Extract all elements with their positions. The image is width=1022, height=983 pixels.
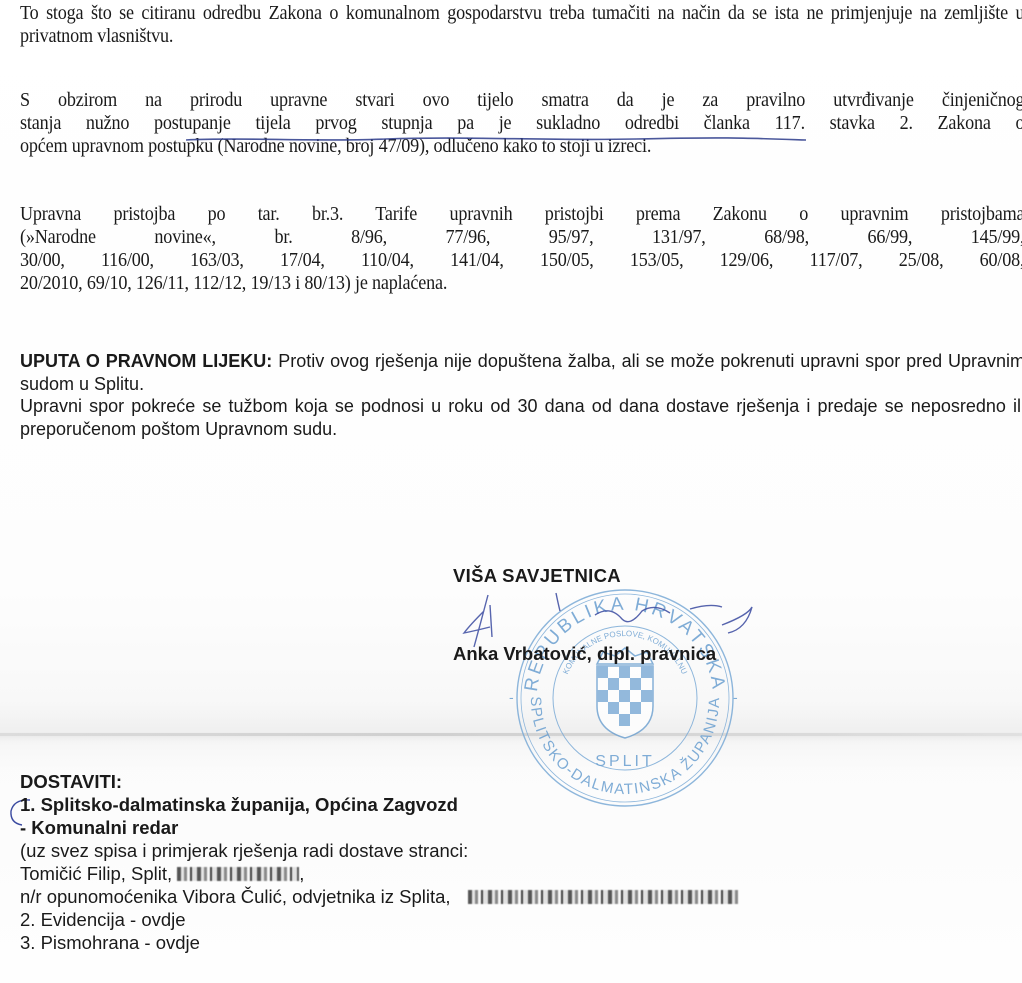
svg-text:-: - (733, 689, 738, 705)
fee-line-token: br. (274, 226, 292, 249)
fee-line-token: 145/99, (971, 226, 1022, 249)
fee-line-token: 77/96, (445, 226, 490, 249)
handwritten-signature-icon (460, 585, 760, 665)
fee-line-token: novine«, (154, 226, 215, 249)
svg-text:SPLIT: SPLIT (595, 753, 654, 770)
fee-line-token: 8/96, (351, 226, 387, 249)
delivery-item-1-line-5: n/r opunomoćenika Vibora Čulić, odvjetni… (20, 885, 738, 908)
delivery-list: DOSTAVITI: 1. Splitsko-dalmatinska župan… (20, 770, 738, 954)
fee-line-token: (»Narodne (20, 226, 96, 249)
delivery-item-1-line-4: Tomičić Filip, Split, , (20, 862, 738, 885)
legal-remedy-section: UPUTA O PRAVNOM LIJEKU: Protiv ovog rješ… (20, 350, 1022, 440)
paragraph-3-line-3: 30/00, 116/00, 163/03, 17/04, 110/04, 14… (20, 249, 1022, 272)
delivery-item-3: 3. Pismohrana - ovdje (20, 931, 738, 954)
legal-remedy-heading: UPUTA O PRAVNOM LIJEKU: (20, 351, 272, 371)
signature-block: VIŠA SAVJETNICA Anka Vrbatović, dipl. pr… (453, 565, 621, 587)
paragraph-3-line-4: 20/2010, 69/10, 126/11, 112/12, 19/13 i … (20, 272, 1022, 295)
delivery-item-1-line-3: (uz svez spisa i primjerak rješenja radi… (20, 839, 738, 862)
legal-remedy-text-2: Upravni spor pokreće se tužbom koja se p… (20, 395, 1022, 440)
paragraph-1-text: To stoga što se citiranu odredbu Zakona … (20, 2, 1022, 48)
fee-line-token: 95/97, (549, 226, 594, 249)
svg-text:-: - (509, 689, 514, 705)
delivery-item-1-line-2: - Komunalni redar (20, 816, 738, 839)
paragraph-2-line-2: stanja nužno postupanje tijela prvog stu… (20, 112, 1022, 135)
recipient-name: Tomičić Filip, Split, (20, 863, 177, 884)
fee-line-token: 66/99, (867, 226, 912, 249)
paragraph-3-line-2: (»Narodnenovine«,br.8/96,77/96,95/97,131… (20, 226, 1022, 249)
delivery-item-1-line-1: 1. Splitsko-dalmatinska županija, Općina… (20, 793, 738, 816)
fee-line-token: 68/98, (764, 226, 809, 249)
fee-line-token: 131/97, (652, 226, 706, 249)
paragraph-administrative-fee: Upravna pristojba po tar. br.3. Tarife u… (20, 203, 1022, 295)
scanned-document-page: To stoga što se citiranu odredbu Zakona … (0, 0, 1022, 983)
delivery-item-2: 2. Evidencija - ovdje (20, 908, 738, 931)
paragraph-3-line-1: Upravna pristojba po tar. br.3. Tarife u… (20, 203, 1022, 226)
redacted-attorney-address (468, 890, 738, 904)
redacted-address (177, 867, 299, 881)
paragraph-reasoning-conclusion: To stoga što se citiranu odredbu Zakona … (20, 2, 1022, 48)
delivery-heading: DOSTAVITI: (20, 770, 738, 793)
paragraph-decision-basis: S obzirom na prirodu upravne stvari ovo … (20, 89, 1022, 158)
paragraph-2-line-1: S obzirom na prirodu upravne stvari ovo … (20, 89, 1022, 112)
legal-remedy-paragraph-1: UPUTA O PRAVNOM LIJEKU: Protiv ovog rješ… (20, 350, 1022, 395)
handwritten-underline (186, 134, 806, 144)
attorney-text: n/r opunomoćenika Vibora Čulić, odvjetni… (20, 886, 456, 907)
signatory-title: VIŠA SAVJETNICA (453, 565, 621, 587)
